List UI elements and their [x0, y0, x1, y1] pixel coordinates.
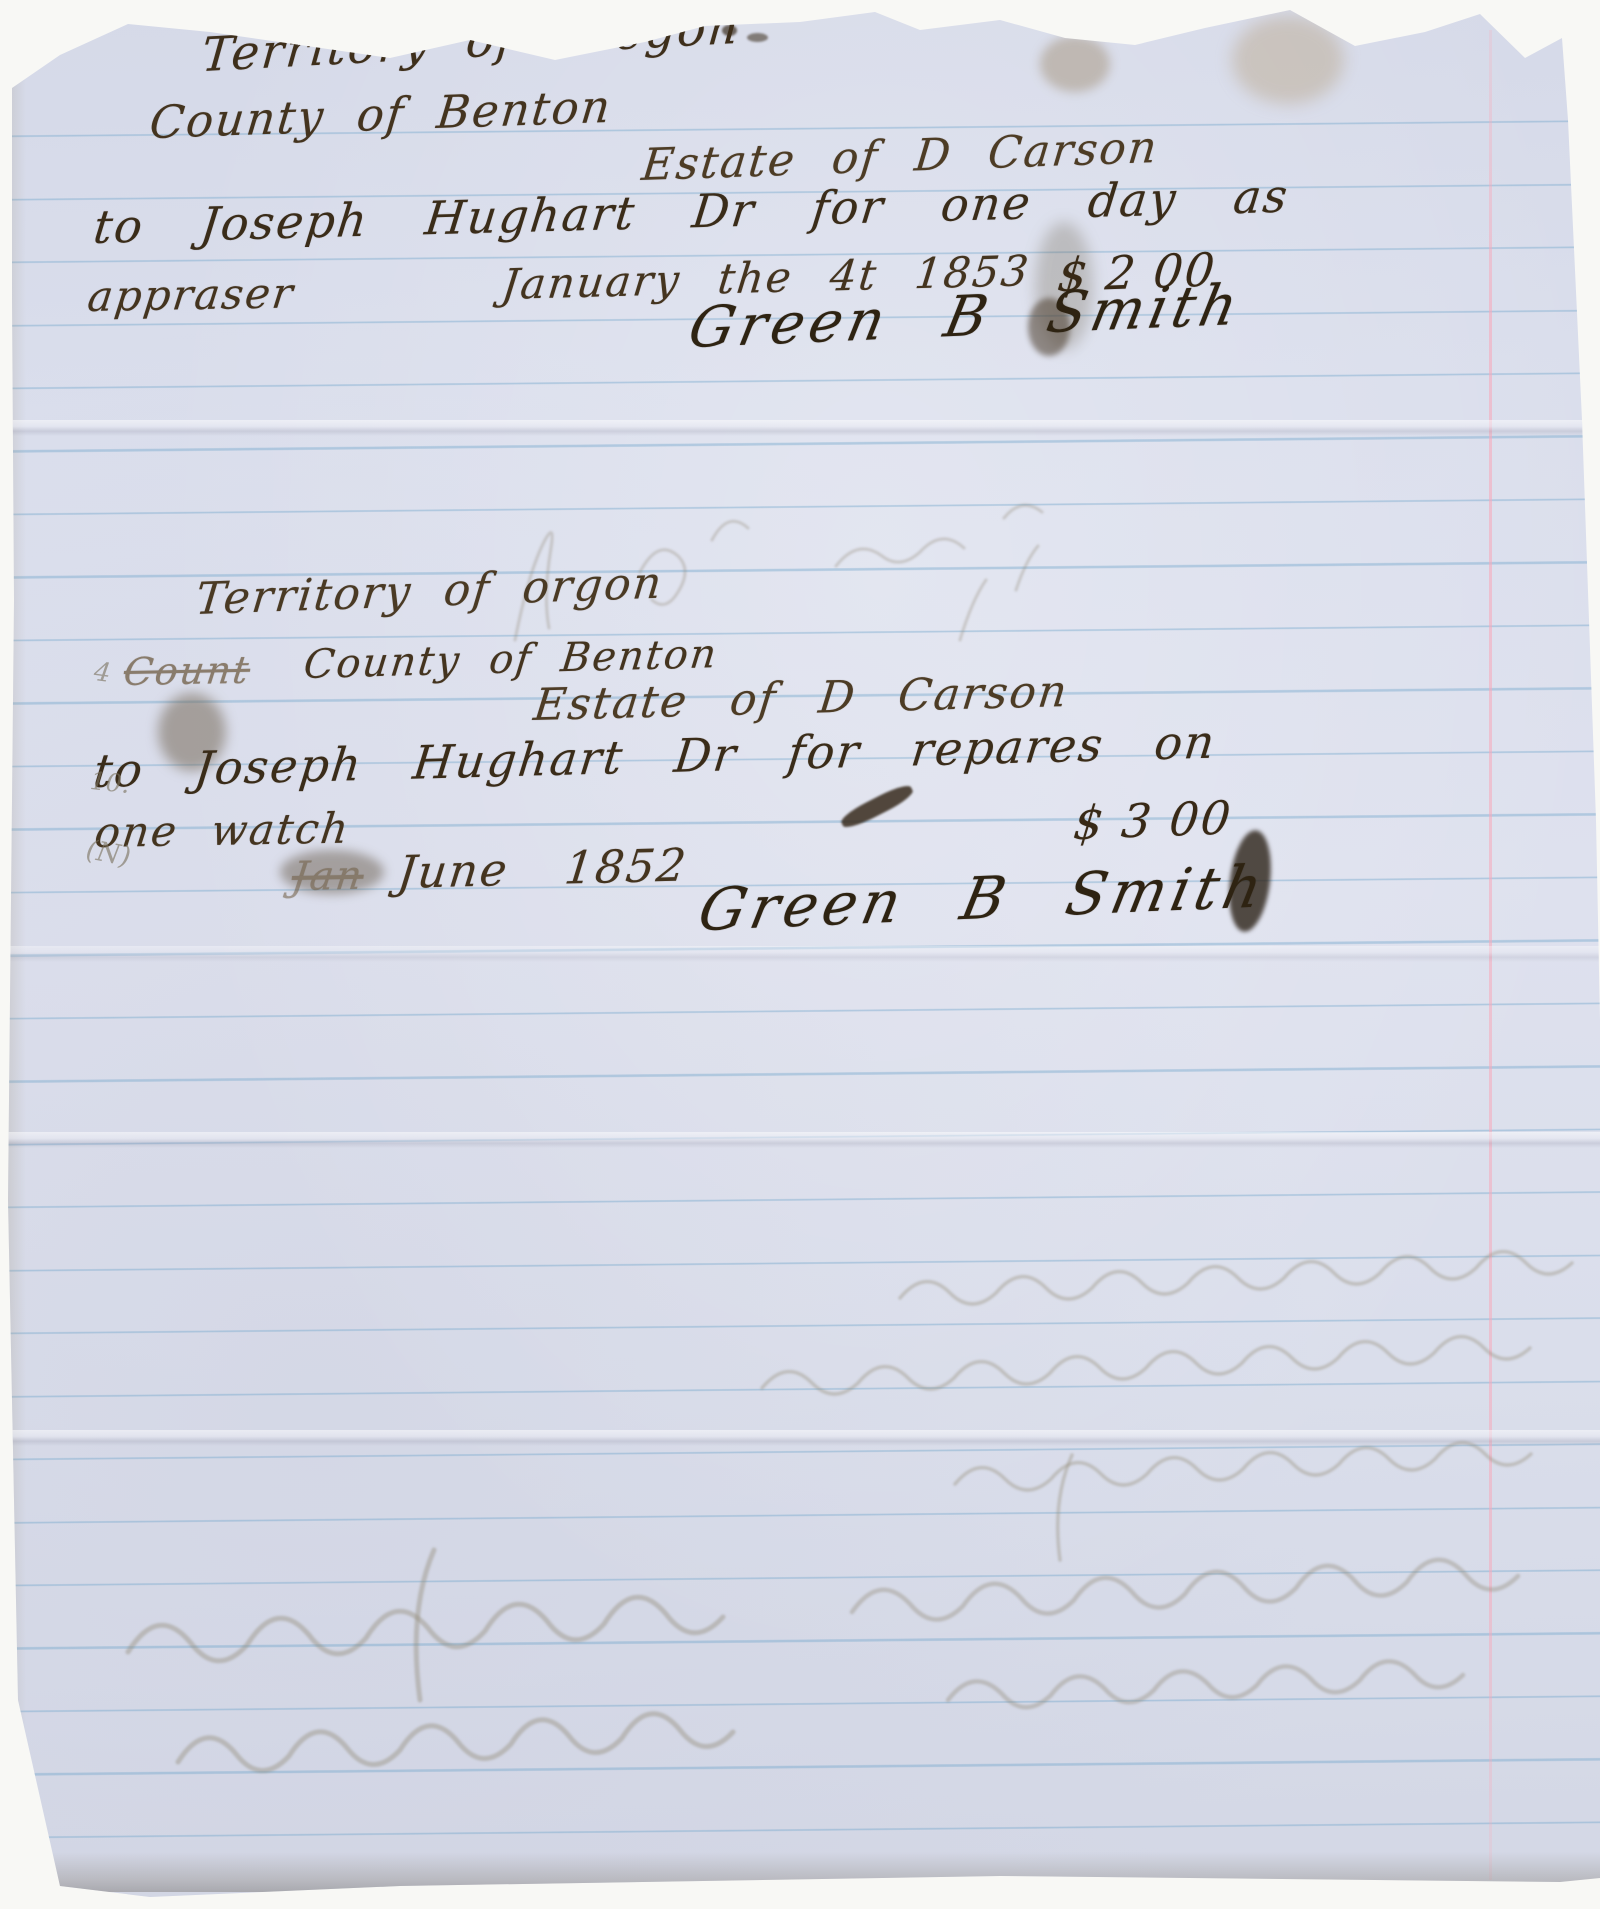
amount-value: $ 3 00: [1071, 790, 1235, 850]
margin-note: 4: [92, 657, 113, 689]
struck-month: Jan: [289, 853, 366, 900]
margin-note: 10.: [89, 766, 132, 799]
struck-word: Count: [121, 648, 253, 694]
date-line: June 1852: [395, 838, 690, 899]
edge-speck: [747, 33, 768, 42]
tan-stain: [1232, 16, 1344, 104]
tan-stain: [1040, 36, 1110, 92]
appraiser-word: appraser: [85, 268, 297, 321]
paper-sheet: Territory of Oregon County of Benton Est…: [0, 0, 1600, 1909]
scanned-document: Territory of Oregon County of Benton Est…: [0, 0, 1600, 1909]
